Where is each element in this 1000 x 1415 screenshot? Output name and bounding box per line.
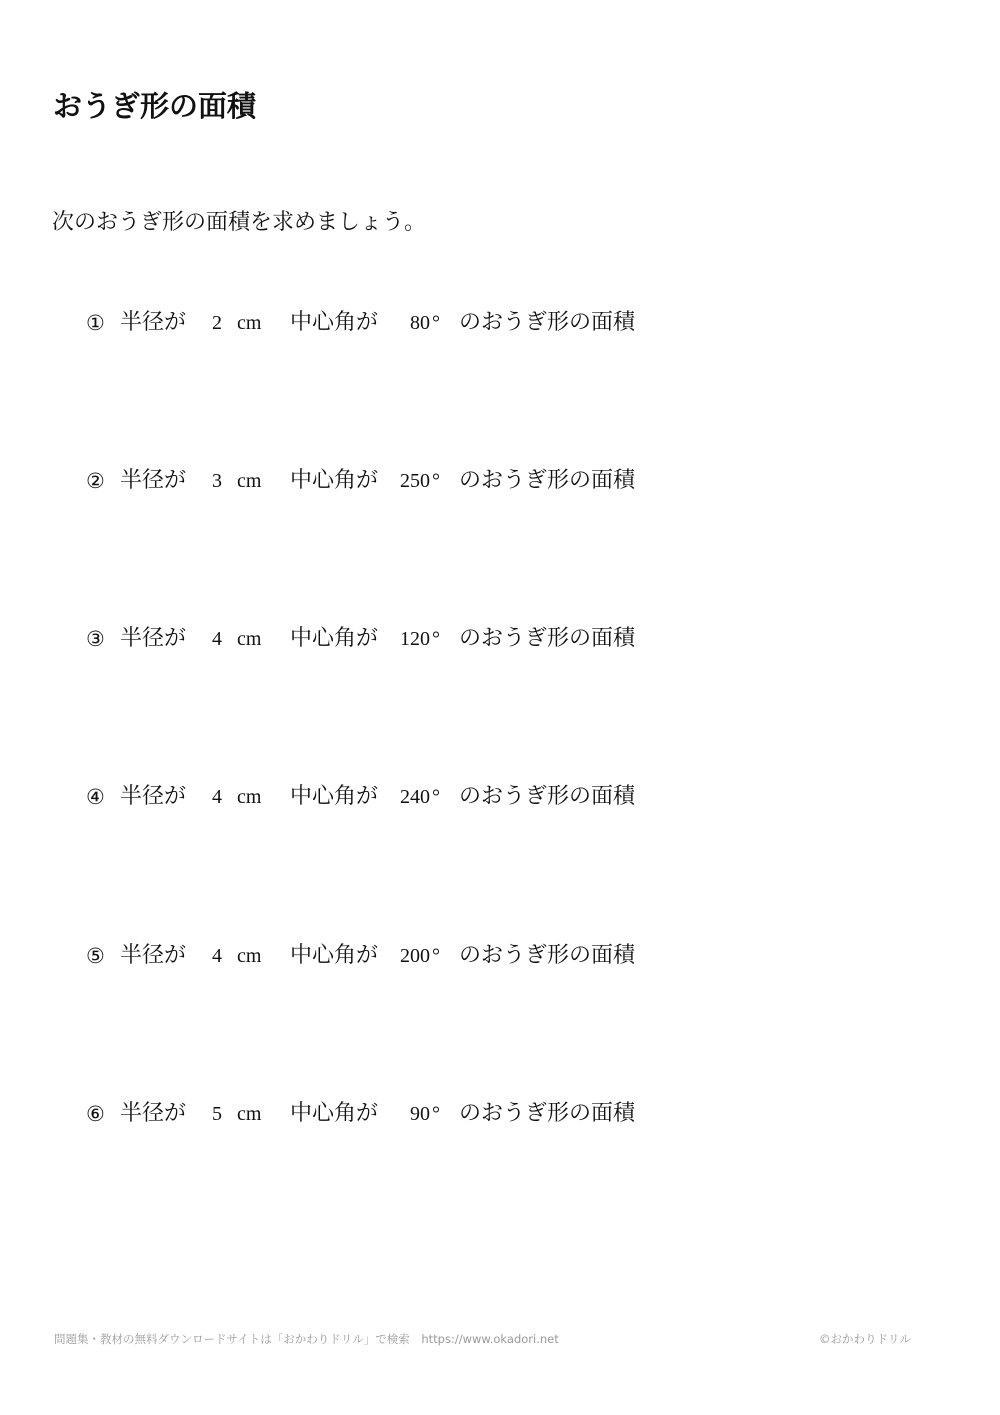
problem-item-5: ⑤ 半径が 4 cm 中心角が 200 ° のおうぎ形の面積 xyxy=(0,939,1000,973)
problem-number: ③ xyxy=(86,622,105,656)
problem-suffix: のおうぎ形の面積 xyxy=(459,780,635,814)
angle-label: 中心角が xyxy=(290,622,378,656)
problem-number: ② xyxy=(86,464,105,498)
problem-item-6: ⑥ 半径が 5 cm 中心角が 90 ° のおうぎ形の面積 xyxy=(0,1097,1000,1131)
radius-label: 半径が xyxy=(120,780,186,814)
degree-symbol: ° xyxy=(432,622,440,656)
degree-symbol: ° xyxy=(432,306,440,340)
radius-label: 半径が xyxy=(120,306,186,340)
radius-unit: cm xyxy=(237,306,261,340)
page-title: おうぎ形の面積 xyxy=(53,86,256,126)
radius-unit: cm xyxy=(237,939,261,973)
instruction-text: 次のおうぎ形の面積を求めましょう。 xyxy=(52,207,426,239)
radius-value: 4 xyxy=(200,939,234,973)
angle-label: 中心角が xyxy=(290,939,378,973)
radius-label: 半径が xyxy=(120,939,186,973)
degree-symbol: ° xyxy=(432,780,440,814)
problem-suffix: のおうぎ形の面積 xyxy=(459,622,635,656)
problem-suffix: のおうぎ形の面積 xyxy=(459,1097,635,1131)
degree-symbol: ° xyxy=(432,1097,440,1131)
radius-unit: cm xyxy=(237,1097,261,1131)
angle-value: 200 xyxy=(384,939,430,973)
problem-number: ① xyxy=(86,306,105,340)
footer-text: 問題集・教材の無料ダウンロードサイトは「おかわりドリル」で検索 xyxy=(54,1332,410,1346)
radius-label: 半径が xyxy=(120,464,186,498)
problem-item-1: ① 半径が 2 cm 中心角が 80 ° のおうぎ形の面積 xyxy=(0,306,1000,340)
degree-symbol: ° xyxy=(432,464,440,498)
footer-url-link[interactable]: https://www.okadori.net xyxy=(421,1332,558,1346)
degree-symbol: ° xyxy=(432,939,440,973)
footer-info: 問題集・教材の無料ダウンロードサイトは「おかわりドリル」で検索 https://… xyxy=(54,1331,559,1347)
problem-number: ⑤ xyxy=(86,939,105,973)
angle-label: 中心角が xyxy=(290,780,378,814)
problem-item-3: ③ 半径が 4 cm 中心角が 120 ° のおうぎ形の面積 xyxy=(0,622,1000,656)
radius-label: 半径が xyxy=(120,1097,186,1131)
angle-label: 中心角が xyxy=(290,306,378,340)
radius-value: 4 xyxy=(200,622,234,656)
radius-value: 3 xyxy=(200,464,234,498)
radius-unit: cm xyxy=(237,622,261,656)
copyright: ©おかわりドリル xyxy=(819,1331,911,1347)
radius-value: 5 xyxy=(200,1097,234,1131)
angle-value: 120 xyxy=(384,622,430,656)
angle-value: 90 xyxy=(384,1097,430,1131)
problem-suffix: のおうぎ形の面積 xyxy=(459,464,635,498)
radius-value: 4 xyxy=(200,780,234,814)
problem-suffix: のおうぎ形の面積 xyxy=(459,306,635,340)
radius-label: 半径が xyxy=(120,622,186,656)
problem-suffix: のおうぎ形の面積 xyxy=(459,939,635,973)
angle-value: 250 xyxy=(384,464,430,498)
radius-value: 2 xyxy=(200,306,234,340)
problem-item-4: ④ 半径が 4 cm 中心角が 240 ° のおうぎ形の面積 xyxy=(0,780,1000,814)
angle-label: 中心角が xyxy=(290,464,378,498)
problem-item-2: ② 半径が 3 cm 中心角が 250 ° のおうぎ形の面積 xyxy=(0,464,1000,498)
problem-number: ④ xyxy=(86,780,105,814)
angle-value: 240 xyxy=(384,780,430,814)
angle-value: 80 xyxy=(384,306,430,340)
angle-label: 中心角が xyxy=(290,1097,378,1131)
radius-unit: cm xyxy=(237,464,261,498)
radius-unit: cm xyxy=(237,780,261,814)
problem-number: ⑥ xyxy=(86,1097,105,1131)
